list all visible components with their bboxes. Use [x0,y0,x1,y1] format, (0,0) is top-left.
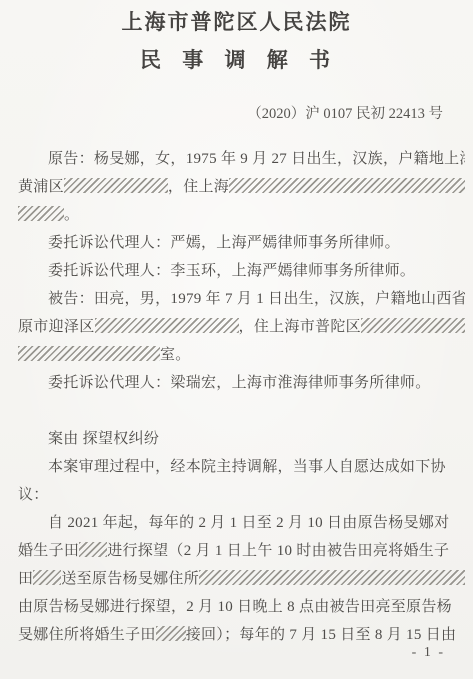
text-segment: 由原告杨旻娜进行探望，2 月 10 日晚上 8 点由被告田亮至原告杨 [18,599,452,615]
text-segment: 送至原告杨旻娜住所 [61,571,199,587]
redaction-block [229,178,465,193]
redaction-block [199,570,465,585]
text-line: 旻娜住所将婚生子田接回）；每年的 7 月 15 日至 8 月 15 日由 [18,621,465,649]
redaction-block [361,318,465,333]
text-segment: 黄浦区 [18,179,64,195]
text-line: 田送至原告杨旻娜住所， [18,565,465,593]
page-number: - 1 - [412,645,445,661]
text-segment: 案由 探望权纠纷 [48,431,159,447]
text-segment: 议： [18,487,49,503]
text-line: 委托诉讼代理人：严嫣，上海严嫣律师事务所律师。 [18,229,465,257]
text-segment: 原告：杨旻娜，女，1975 年 9 月 27 日出生，汉族，户籍地上海市 [48,151,465,167]
mediation-document-page: 上海市普陀区人民法院 民 事 调 解 书 （2020）沪 0107 民初 224… [0,0,473,679]
redaction-block [18,346,160,361]
text-segment: 婚生子田 [18,543,79,559]
text-line: 自 2021 年起，每年的 2 月 1 日至 2 月 10 日由原告杨旻娜对 [18,509,465,537]
text-segment: 被告：田亮，男，1979 年 7 月 1 日出生，汉族，户籍地山西省太 [48,291,465,307]
redaction-block [79,542,107,557]
court-name: 上海市普陀区人民法院 [0,8,473,36]
text-line: 原告：杨旻娜，女，1975 年 9 月 27 日出生，汉族，户籍地上海市 [18,145,465,173]
case-number: （2020）沪 0107 民初 22413 号 [0,104,473,124]
text-line: 黄浦区，住上海 [18,173,465,201]
text-segment: 委托诉讼代理人：严嫣，上海严嫣律师事务所律师。 [48,235,400,251]
text-segment: 本案审理过程中，经本院主持调解，当事人自愿达成如下协 [48,459,446,475]
text-segment: ，住上海市普陀区 [239,319,361,335]
blank-line [18,397,465,425]
text-line: 议： [18,481,465,509]
text-line: 婚生子田进行探望（2 月 1 日上午 10 时由被告田亮将婚生子 [18,537,465,565]
text-line: 。 [18,201,465,229]
text-segment: 田 [18,571,33,587]
text-segment: 委托诉讼代理人：李玉环，上海严嫣律师事务所律师。 [48,263,415,279]
text-segment: 自 2021 年起，每年的 2 月 1 日至 2 月 10 日由原告杨旻娜对 [48,515,449,531]
text-line: 由原告杨旻娜进行探望，2 月 10 日晚上 8 点由被告田亮至原告杨 [18,593,465,621]
redaction-block [18,206,64,221]
redaction-block [64,178,168,193]
text-segment: 接回）；每年的 7 月 15 日至 8 月 15 日由 [186,627,457,643]
text-segment: ，住上海 [168,179,229,195]
text-line: 本案审理过程中，经本院主持调解，当事人自愿达成如下协 [18,453,465,481]
text-segment: 。 [64,207,79,223]
text-segment: 室。 [160,347,191,363]
document-body: 原告：杨旻娜，女，1975 年 9 月 27 日出生，汉族，户籍地上海市黄浦区，… [0,145,473,649]
redaction-block [95,318,239,333]
redaction-block [33,570,61,585]
text-segment: 进行探望（2 月 1 日上午 10 时由被告田亮将婚生子 [107,543,449,559]
text-line: 被告：田亮，男，1979 年 7 月 1 日出生，汉族，户籍地山西省太 [18,285,465,313]
text-line: 委托诉讼代理人：李玉环，上海严嫣律师事务所律师。 [18,257,465,285]
text-line: 委托诉讼代理人：梁瑞宏，上海市淮海律师事务所律师。 [18,369,465,397]
text-segment: 委托诉讼代理人：梁瑞宏，上海市淮海律师事务所律师。 [48,375,431,391]
text-segment: 原市迎泽区 [18,319,95,335]
document-title: 民 事 调 解 书 [0,46,473,74]
text-line: 原市迎泽区，住上海市普陀区 [18,313,465,341]
text-line: 案由 探望权纠纷 [18,425,465,453]
text-line: 室。 [18,341,465,369]
text-segment: 旻娜住所将婚生子田 [18,627,156,643]
redaction-block [156,626,186,641]
